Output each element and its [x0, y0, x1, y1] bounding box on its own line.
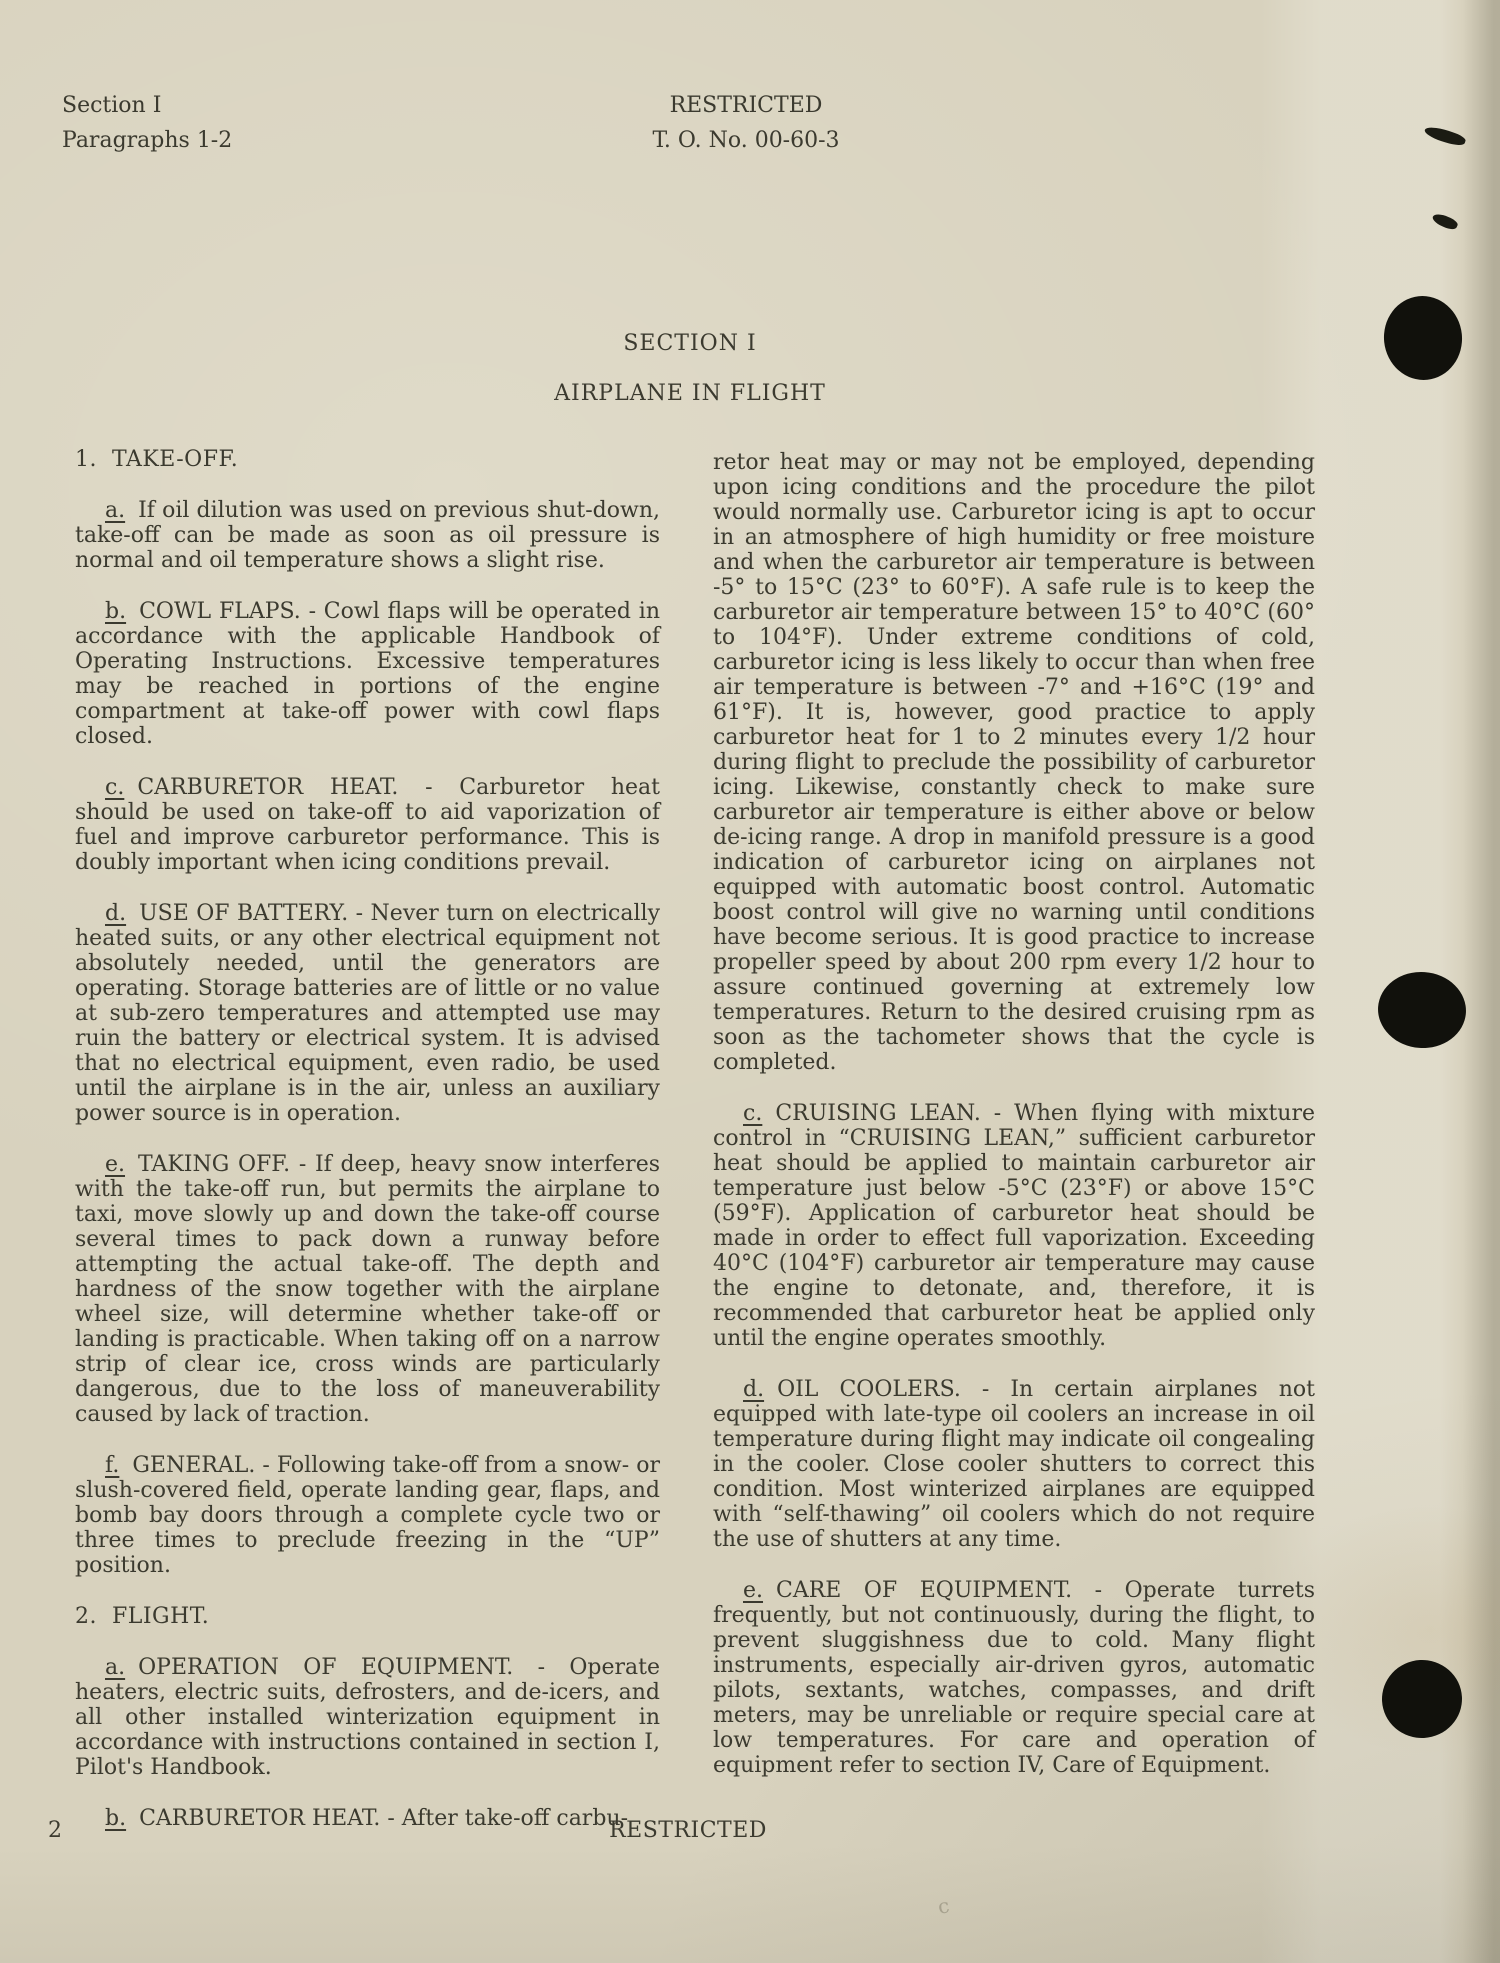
- paragraph-text: If oil dilution was used on previous shu…: [75, 498, 660, 573]
- paragraph-text: COWL FLAPS. - Cowl flaps will be operate…: [75, 599, 660, 749]
- paragraph-e-taking-off: e.TAKING OFF. - If deep, heavy snow inte…: [75, 1152, 660, 1427]
- paragraph-text: OIL COOLERS. - In certain airplanes not …: [713, 1377, 1315, 1552]
- numbered-heading: 2. FLIGHT.: [75, 1604, 660, 1629]
- paragraph-label: e.: [105, 1152, 125, 1177]
- paragraph-text: CARE OF EQUIPMENT. - Operate turrets fre…: [713, 1578, 1315, 1778]
- paragraph-label: e.: [743, 1578, 763, 1603]
- paragraph-c-cruising-lean: c.CRUISING LEAN. - When flying with mixt…: [713, 1101, 1315, 1351]
- paragraph-label: c.: [105, 775, 124, 800]
- paragraph-text: retor heat may or may not be employed, d…: [713, 450, 1315, 1075]
- paragraph-d-oil-coolers: d.OIL COOLERS. - In certain airplanes no…: [713, 1377, 1315, 1552]
- paragraph-text: CRUISING LEAN. - When flying with mixtur…: [713, 1101, 1315, 1351]
- paragraph-label: a.: [105, 498, 125, 523]
- paragraph-d-use-of-battery: d.USE OF BATTERY. - Never turn on electr…: [75, 901, 660, 1126]
- header-center: RESTRICTED T. O. No. 00-60-3: [0, 88, 1496, 158]
- paragraph-label: c.: [743, 1101, 762, 1126]
- paragraph-text: USE OF BATTERY. - Never turn on electric…: [75, 901, 660, 1126]
- section-subtitle: AIRPLANE IN FLIGHT: [75, 381, 1305, 406]
- paragraph-label: d.: [743, 1377, 764, 1402]
- paragraph-a-take-off: a.If oil dilution was used on previous s…: [75, 498, 660, 573]
- numbered-heading: 1. TAKE-OFF.: [75, 447, 660, 472]
- punch-hole-dot: [1375, 969, 1468, 1051]
- paragraph-c-carburetor-heat: c.CARBURETOR HEAT. - Carburetor heat sho…: [75, 775, 660, 875]
- paragraph-label: a.: [105, 1655, 125, 1680]
- ink-mark: [1431, 211, 1459, 232]
- paragraph-label: d.: [105, 901, 126, 926]
- footer-classification: RESTRICTED: [0, 1818, 1376, 1843]
- paragraph-text: GENERAL. - Following take-off from a sno…: [75, 1453, 660, 1578]
- scanned-manual-page: Section I Paragraphs 1-2 RESTRICTED T. O…: [0, 0, 1500, 1963]
- left-column: 1. TAKE-OFF. a.If oil dilution was used …: [75, 447, 660, 1831]
- paragraph-text: CARBURETOR HEAT. - Carburetor heat shoul…: [75, 775, 660, 875]
- paragraph-text: OPERATION OF EQUIPMENT. - Operate heater…: [75, 1655, 660, 1780]
- header-classification: RESTRICTED: [652, 88, 839, 123]
- paragraph-text: TAKING OFF. - If deep, heavy snow interf…: [75, 1152, 660, 1427]
- paragraph-e-care-of-equipment: e.CARE OF EQUIPMENT. - Operate turrets f…: [713, 1578, 1315, 1778]
- header-doc-number: T. O. No. 00-60-3: [652, 123, 839, 158]
- right-column: retor heat may or may not be employed, d…: [713, 450, 1315, 1778]
- punch-hole-dot: [1380, 292, 1466, 384]
- paragraph-label: b.: [105, 599, 126, 624]
- paragraph-label: f.: [105, 1453, 119, 1478]
- paragraph-b-cowl-flaps: b.COWL FLAPS. - Cowl flaps will be opera…: [75, 599, 660, 749]
- section-title: SECTION I: [75, 331, 1305, 356]
- paragraph-a-operation-of-equipment: a.OPERATION OF EQUIPMENT. - Operate heat…: [75, 1655, 660, 1780]
- paragraph-f-general: f.GENERAL. - Following take-off from a s…: [75, 1453, 660, 1578]
- paragraph-continuation-carburetor-heat: retor heat may or may not be employed, d…: [713, 450, 1315, 1075]
- ink-smudge: c: [936, 1893, 951, 1920]
- punch-hole-dot: [1380, 1658, 1464, 1740]
